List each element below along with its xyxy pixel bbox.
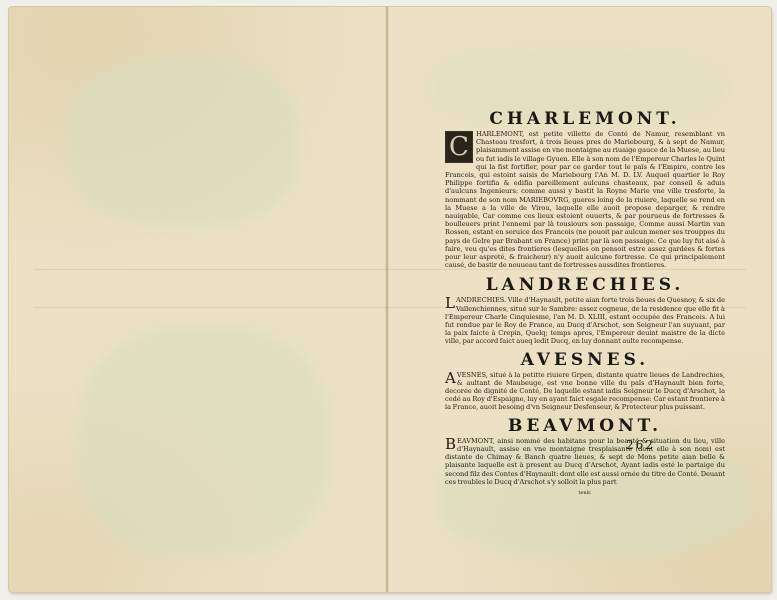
section-heading-landrechies: LANDRECHIES. — [445, 274, 725, 296]
section-body-avesnes: A VESNES, situé à la petitte riuiere Grp… — [445, 371, 725, 412]
initial-letter: L — [445, 296, 455, 310]
initial-letter: B — [445, 437, 456, 451]
section-body-landrechies: L ANDRECHIES. Ville d'Haynault, petite a… — [445, 296, 725, 345]
section-heading-charlemont: CHARLEMONT. — [445, 108, 725, 130]
section-heading-beaumont: BEAVMONT. — [445, 415, 725, 437]
initial-letter: A — [445, 371, 456, 385]
section-tail-word: tenir. — [445, 489, 725, 497]
map-showthrough-left-bottom — [79, 327, 329, 557]
map-showthrough-left-top — [69, 57, 299, 227]
section-body-beaumont: B EAVMONT, ainsi nommé des habitans pour… — [445, 437, 725, 486]
section-body-charlemont: C HARLEMONT, est petite villette de Cont… — [445, 130, 725, 269]
page-number: 262 — [626, 438, 655, 452]
text-column: CHARLEMONT. C HARLEMONT, est petite vill… — [445, 108, 725, 500]
center-fold — [385, 7, 389, 592]
decorated-initial: C — [445, 131, 473, 163]
section-heading-avesnes: AVESNES. — [445, 349, 725, 371]
